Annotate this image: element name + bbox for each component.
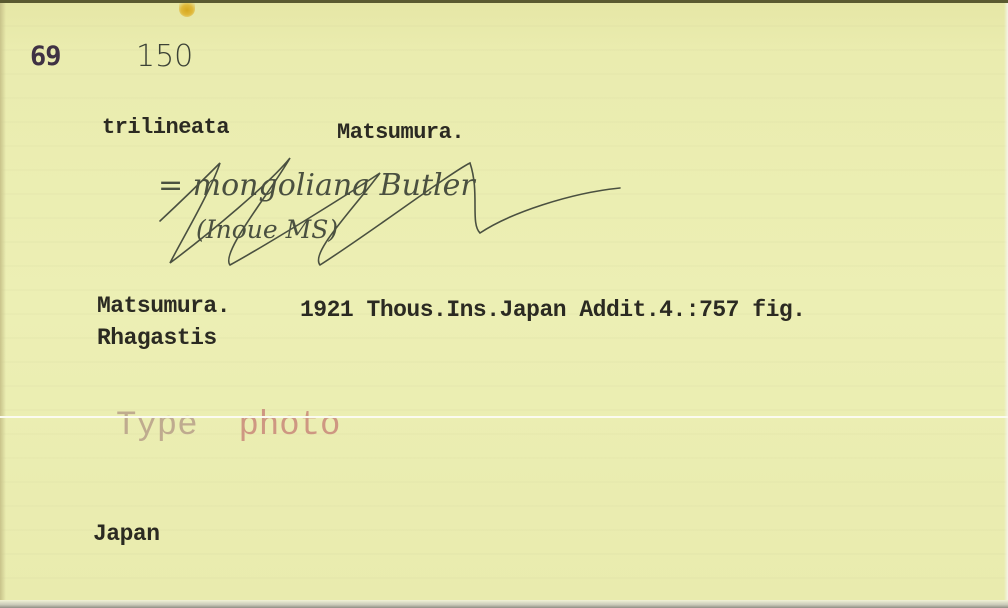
card-left-edge (0, 3, 6, 607)
stain-mark (179, 3, 195, 17)
card-number: 69 (30, 41, 61, 72)
locality: Japan (93, 521, 160, 547)
citation-author: Matsumura. (97, 293, 230, 319)
strikethrough-scribble (150, 153, 650, 273)
page-number: 150 (136, 39, 193, 74)
stamp-word-photo: photo (238, 407, 340, 445)
card-right-edge (1004, 3, 1008, 607)
index-card: 69 150 trilineata Matsumura. = mongolian… (0, 0, 1008, 604)
species-author: Matsumura. (337, 120, 464, 145)
card-bottom-edge (0, 600, 1008, 608)
scan-line-artifact (0, 416, 1008, 418)
citation-reference: 1921 Thous.Ins.Japan Addit.4.:757 fig. (300, 297, 806, 323)
stamp-word-type: Type (116, 407, 198, 445)
stamp-spacer (198, 407, 239, 445)
genus-name: Rhagastis (97, 325, 217, 351)
species-name: trilineata (102, 115, 229, 140)
type-photo-stamp: Type photo (116, 407, 340, 445)
